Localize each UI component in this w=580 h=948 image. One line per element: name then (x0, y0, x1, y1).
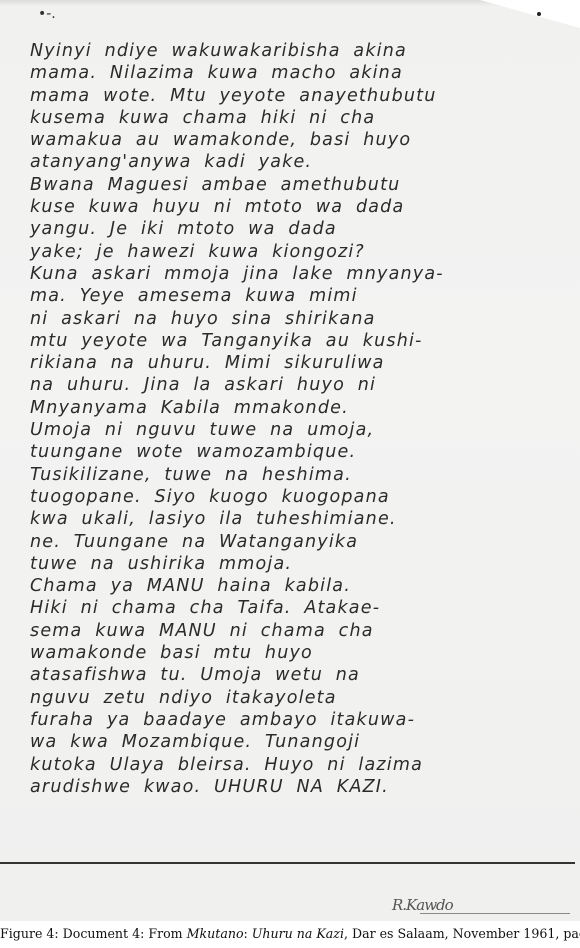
handwritten-line: ni askari na huyo sina shirikana (30, 308, 570, 330)
handwritten-line: atasafishwa tu. Umoja wetu na (30, 664, 570, 686)
handwritten-line: kutoka Ulaya bleirsa. Huyo ni lazima (30, 754, 570, 776)
handwritten-line: rikiana na uhuru. Mimi sikuruliwa (30, 352, 570, 374)
handwritten-line: wamakua au wamakonde, basi huyo (30, 129, 570, 151)
caption-title-mkutano: Mkutano (187, 926, 244, 941)
folded-corner (480, 0, 580, 28)
handwritten-line: kusema kuwa chama hiki ni cha (30, 107, 570, 129)
handwritten-line: Umoja ni nguvu tuwe na umoja, (30, 419, 570, 441)
top-pen-mark: •-. (38, 6, 56, 22)
handwritten-line: yangu. Je iki mtoto wa dada (30, 218, 570, 240)
ink-dot (537, 12, 541, 16)
handwritten-line: kwa ukali, lasiyo ila tuheshimiane. (30, 508, 570, 530)
figure-caption: Figure 4: Document 4: From Mkutano: Uhur… (0, 926, 580, 941)
handwritten-line: Mnyanyama Kabila mmakonde. (30, 397, 570, 419)
caption-prefix: Figure 4: Document 4: From (0, 926, 187, 941)
scanned-document-page: •-. Nyinyi ndiye wakuwakaribisha akina m… (0, 0, 580, 921)
handwritten-line: furaha ya baadaye ambayo itakuwa- (30, 709, 570, 731)
handwritten-line: sema kuwa MANU ni chama cha (30, 620, 570, 642)
handwritten-line: kuse kuwa huyu ni mtoto wa dada (30, 196, 570, 218)
handwritten-line: ma. Yeye amesema kuwa mimi (30, 285, 570, 307)
handwritten-line: Bwana Maguesi ambae amethubutu (30, 174, 570, 196)
caption-separator: : (244, 926, 252, 941)
handwritten-line: na uhuru. Jina la askari huyo ni (30, 374, 570, 396)
handwritten-line: wa kwa Mozambique. Tunangoji (30, 731, 570, 753)
signature: R.Kawdo (392, 896, 453, 914)
handwritten-line: Chama ya MANU haina kabila. (30, 575, 570, 597)
handwritten-line: mama. Nilazima kuwa macho akina (30, 62, 570, 84)
signature-flourish (420, 913, 570, 914)
caption-title-uhuru-na-kazi: Uhuru na Kazi (252, 926, 344, 941)
handwritten-text: Nyinyi ndiye wakuwakaribisha akina mama.… (30, 40, 570, 798)
handwritten-line: mama wote. Mtu yeyote anayethubutu (30, 85, 570, 107)
handwritten-line: tuwe na ushirika mmoja. (30, 553, 570, 575)
handwritten-line: atanyang'anywa kadi yake. (30, 151, 570, 173)
handwritten-line: Tusikilizane, tuwe na heshima. (30, 464, 570, 486)
handwritten-line: yake; je hawezi kuwa kiongozi? (30, 241, 570, 263)
handwritten-line: ne. Tuungane na Watanganyika (30, 531, 570, 553)
handwritten-line: wamakonde basi mtu huyo (30, 642, 570, 664)
handwritten-line: Hiki ni chama cha Taifa. Atakae- (30, 597, 570, 619)
handwritten-line: tuungane wote wamozambique. (30, 441, 570, 463)
handwritten-line: nguvu zetu ndiyo itakayoleta (30, 687, 570, 709)
caption-suffix: , Dar es Salaam, November 1961, page 3. (344, 926, 580, 941)
handwritten-line: Nyinyi ndiye wakuwakaribisha akina (30, 40, 570, 62)
handwritten-line: tuogopane. Siyo kuogo kuogopana (30, 486, 570, 508)
handwritten-line: Kuna askari mmoja jina lake mnyanya- (30, 263, 570, 285)
handwritten-line: mtu yeyote wa Tanganyika au kushi- (30, 330, 570, 352)
handwritten-line: arudishwe kwao. UHURU NA KAZI. (30, 776, 570, 798)
horizontal-rule (0, 862, 575, 864)
